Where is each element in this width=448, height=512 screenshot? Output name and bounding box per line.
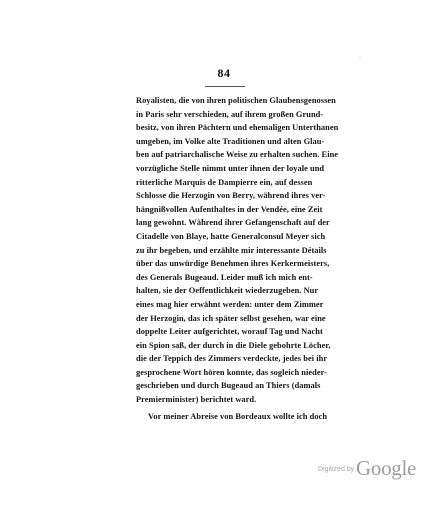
text-line: ritterliche Marquis de Dampierre ein, au… bbox=[136, 176, 312, 190]
body-text: Royalisten, die von ihren politischen Gl… bbox=[136, 94, 312, 423]
text-line: ben auf patriarchalische Weise zu erhalt… bbox=[136, 148, 312, 162]
text-line: ein Spion saß, der durch in die Diele ge… bbox=[136, 339, 312, 353]
text-line: die der Teppich des Zimmers verdeckte, j… bbox=[136, 352, 312, 366]
text-line: zu ihr begeben, und erzählte mir interes… bbox=[136, 244, 312, 258]
text-line: Citadelle von Blaye, hatte Generalconsul… bbox=[136, 230, 312, 244]
text-line: halten, sie der Oeffentlichkeit wiederzu… bbox=[136, 284, 312, 298]
text-line: Premierminister) berichtet ward. bbox=[136, 393, 312, 407]
text-line: besitz, von ihren Pächtern und ehemalige… bbox=[136, 121, 312, 135]
text-line: umgeben, im Volke alte Traditionen und a… bbox=[136, 135, 312, 149]
text-line: des Generals Bugeaud. Leider muß ich mic… bbox=[136, 271, 312, 285]
header-rule bbox=[205, 86, 245, 87]
text-line: doppelte Leiter aufgerichtet, worauf Tag… bbox=[136, 325, 312, 339]
text-line: geschrieben und durch Bugeaud an Thiers … bbox=[136, 379, 312, 393]
text-line: lang gewohnt. Während ihrer Gefangenscha… bbox=[136, 216, 312, 230]
scanned-book-page: 84 Royalisten, die von ihren politischen… bbox=[0, 0, 448, 512]
text-line: über das unwürdige Benehmen ihres Kerker… bbox=[136, 257, 312, 271]
text-line: eines mag hier erwähnt werden: unter dem… bbox=[136, 298, 312, 312]
text-line: in Paris sehr verschieden, auf ihrem gro… bbox=[136, 108, 312, 122]
page-number: 84 bbox=[0, 66, 448, 81]
paragraph-start-line: Vor meiner Abreise von Bordeaux wollte i… bbox=[136, 410, 312, 424]
text-line: der Herzogin, das ich später selbst gese… bbox=[136, 312, 312, 326]
text-line: hängnißvollen Aufenthaltes in der Vendée… bbox=[136, 203, 312, 217]
text-line: Schlosse die Herzogin von Berry, während… bbox=[136, 189, 312, 203]
text-line: vorzügliche Stelle nimmt unter ihnen der… bbox=[136, 162, 312, 176]
google-watermark-logo: Google bbox=[356, 456, 416, 481]
scan-speck bbox=[359, 57, 361, 59]
text-line: Royalisten, die von ihren politischen Gl… bbox=[136, 94, 312, 108]
digitized-by-label: Digitized by bbox=[318, 466, 354, 473]
text-line: gesprochene Wort hören konnte, das sogle… bbox=[136, 366, 312, 380]
